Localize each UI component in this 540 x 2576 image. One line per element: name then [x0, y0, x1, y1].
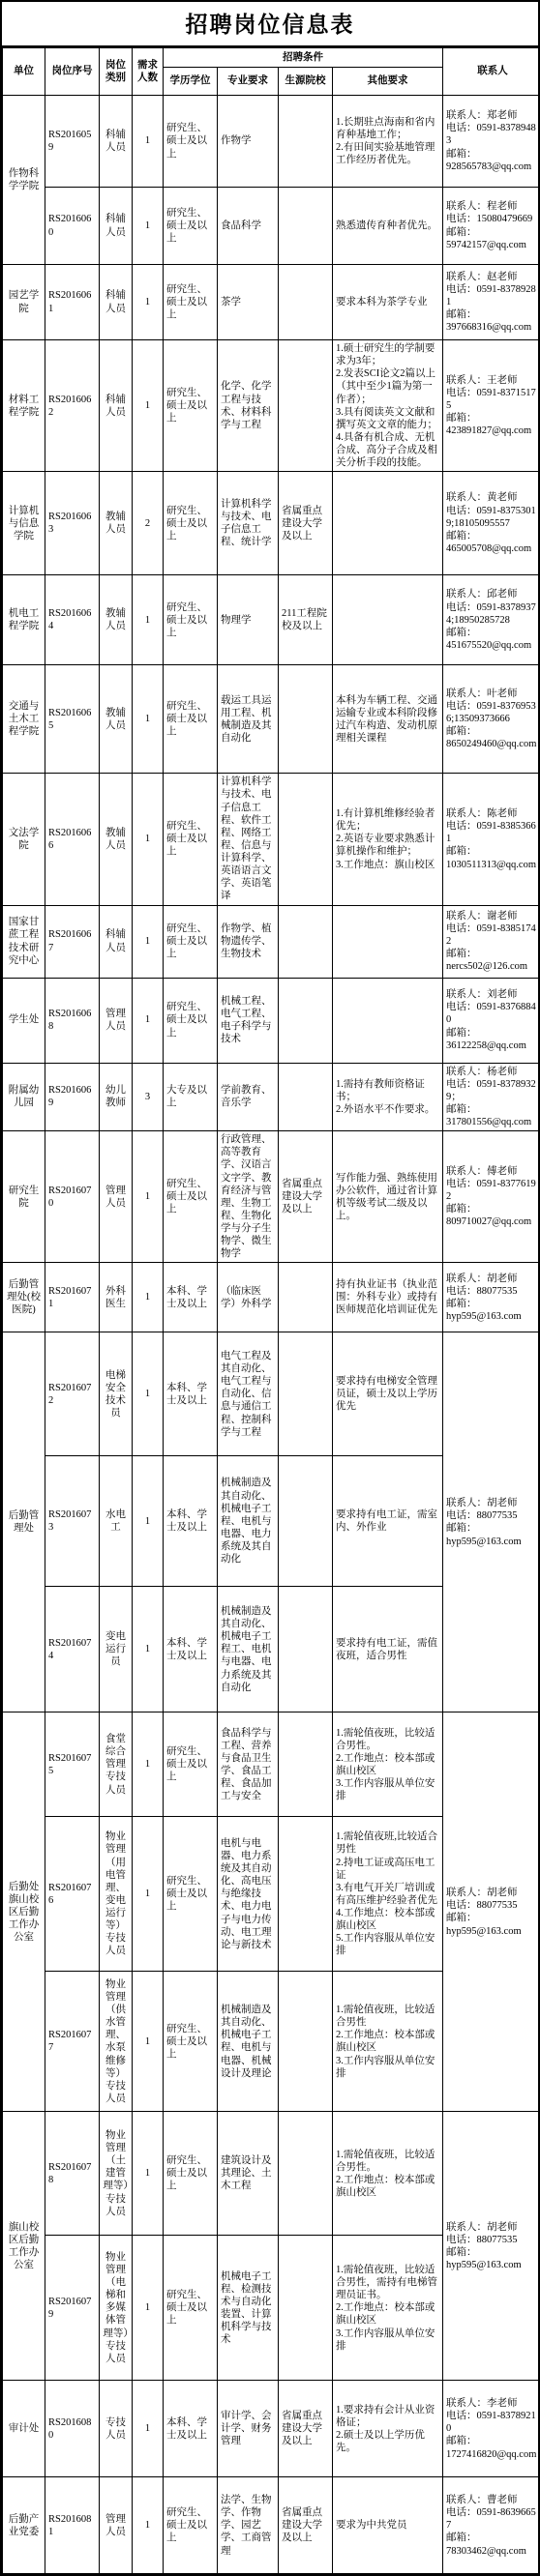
unit-cell: 后勤管理处: [3, 1332, 45, 1712]
education-cell: 本科、学士及以上: [164, 1587, 218, 1712]
unit-cell: 后勤产业党委: [3, 2477, 45, 2574]
contact-cell: 联系人：王老师 电话：0591-83715175 邮箱： 423891827@q…: [443, 340, 540, 472]
education-cell: 研究生、硕士及以上: [164, 978, 218, 1063]
job-no-cell: RS2016065: [45, 665, 100, 774]
table-row: 园艺学院RS2016061科辅人员1研究生、硕士及以上茶学要求本科为茶学专业联系…: [3, 265, 540, 340]
table-row: 后勤管理处RS2016072电梯安全技术员1本科、学士及以上电气工程及其自动化、…: [3, 1332, 540, 1456]
job-type-cell: 专技人员: [100, 2381, 133, 2477]
education-cell: 研究生、硕士及以上: [164, 575, 218, 665]
education-cell: 研究生、硕士及以上: [164, 2236, 218, 2381]
major-cell: （临床医学）外科学: [218, 1263, 279, 1332]
major-cell: 行政管理、高等教育学、汉语言文字学、教育经济与管理、生物工程、生物化学与分子生物…: [218, 1131, 279, 1263]
header-conditions: 招聘条件: [164, 48, 443, 68]
job-no-cell: RS2016069: [45, 1063, 100, 1131]
headcount-cell: 1: [133, 2477, 164, 2574]
school-cell: [279, 1456, 333, 1587]
job-no-cell: RS2016060: [45, 188, 100, 265]
headcount-cell: 1: [133, 1131, 164, 1263]
job-type-cell: 管理人员: [100, 978, 133, 1063]
major-cell: 物理学: [218, 575, 279, 665]
major-cell: 机械制造及其自动化、机械电子工程工、电机与电器、电力系统及其自动化: [218, 1587, 279, 1712]
other-requirements-cell: [333, 472, 443, 575]
other-requirements-cell: 1.需轮值夜班,比较适合男性 2.持电工证或高压电工证 3.有电气开关厂培训或有…: [333, 1817, 443, 1972]
job-type-cell: 物业管理（土建管理等）专技人员: [100, 2112, 133, 2236]
headcount-cell: 1: [133, 1712, 164, 1817]
education-cell: 研究生、硕士及以上: [164, 472, 218, 575]
headcount-cell: 1: [133, 905, 164, 978]
headcount-cell: 1: [133, 1456, 164, 1587]
job-type-cell: 物业管理（用电管理、变电运行等）专技人员: [100, 1817, 133, 1972]
job-type-cell: 科辅人员: [100, 96, 133, 188]
table-row: 作物科学学院RS2016059科辅人员1研究生、硕士及以上作物学1.长期驻点海南…: [3, 96, 540, 188]
contact-cell: 联系人：赵老师 电话：0591-83789281 邮箱： 397668316@q…: [443, 265, 540, 340]
unit-cell: 材料工程学院: [3, 340, 45, 472]
job-no-cell: RS2016078: [45, 2112, 100, 2236]
education-cell: 研究生、硕士及以上: [164, 1817, 218, 1972]
job-no-cell: RS2016075: [45, 1712, 100, 1817]
job-no-cell: RS2016077: [45, 1972, 100, 2112]
table-row: 国家甘蔗工程技术研究中心RS2016067科辅人员1研究生、硕士及以上作物学、植…: [3, 905, 540, 978]
school-cell: 省属重点建设大学及以上: [279, 2381, 333, 2477]
header-job-no: 岗位序号: [45, 48, 100, 96]
job-no-cell: RS2016079: [45, 2236, 100, 2381]
contact-cell: 联系人：程老师 电话：15080479669 邮箱： 59742157@qq.c…: [443, 188, 540, 265]
job-type-cell: 电梯安全技术员: [100, 1332, 133, 1456]
school-cell: [279, 1063, 333, 1131]
job-table: 单位 岗位序号 岗位类别 需求人数 招聘条件 联系人 学历学位 专业要求 生源院…: [2, 47, 540, 2574]
job-type-cell: 教辅人员: [100, 575, 133, 665]
school-cell: [279, 188, 333, 265]
education-cell: 研究生、硕士及以上: [164, 340, 218, 472]
headcount-cell: 1: [133, 2236, 164, 2381]
headcount-cell: 1: [133, 188, 164, 265]
table-row: 审计处RS2016080专技人员1本科、学士及以上审计学、会计学、财务管理省属重…: [3, 2381, 540, 2477]
school-cell: 省属重点建设大学及以上: [279, 2477, 333, 2574]
major-cell: 机械制造及其自动化、机械电子工程、电机与电器、机械设计及理论: [218, 1972, 279, 2112]
major-cell: 机械工程、电气工程、电子科学与技术: [218, 978, 279, 1063]
header-unit: 单位: [3, 48, 45, 96]
contact-cell: 联系人：胡老师 电话：88077535 邮箱： hyp595@163.com: [443, 1712, 540, 2112]
job-type-cell: 科辅人员: [100, 188, 133, 265]
headcount-cell: 2: [133, 472, 164, 575]
school-cell: [279, 1712, 333, 1817]
header-school: 生源院校: [279, 68, 333, 96]
job-type-cell: 外科医生: [100, 1263, 133, 1332]
table-row: 后勤产业党委RS2016081管理人员1研究生、硕士及以上法学、生物学、作物学、…: [3, 2477, 540, 2574]
job-type-cell: 科辅人员: [100, 265, 133, 340]
school-cell: [279, 265, 333, 340]
education-cell: 研究生、硕士及以上: [164, 905, 218, 978]
school-cell: [279, 1332, 333, 1456]
header-major: 专业要求: [218, 68, 279, 96]
education-cell: 研究生、硕士及以上: [164, 665, 218, 774]
unit-cell: 后勤处旗山校区后勤工作办公室: [3, 1712, 45, 2112]
job-no-cell: RS2016061: [45, 265, 100, 340]
table-row: RS2016060科辅人员1研究生、硕士及以上食品科学熟悉遗传育种者优先。联系人…: [3, 188, 540, 265]
job-type-cell: 食堂综合管理专技人员: [100, 1712, 133, 1817]
education-cell: 本科、学士及以上: [164, 2381, 218, 2477]
table-row: 机电工程学院RS2016064教辅人员1研究生、硕士及以上物理学211工程院校及…: [3, 575, 540, 665]
headcount-cell: 1: [133, 1587, 164, 1712]
contact-cell: 联系人：李老师 电话：0591-83789210 邮箱： 1727416820@…: [443, 2381, 540, 2477]
job-type-cell: 管理人员: [100, 1131, 133, 1263]
header-headcount: 需求人数: [133, 48, 164, 96]
table-row: 研究生院RS2016070管理人员1研究生、硕士及以上行政管理、高等教育学、汉语…: [3, 1131, 540, 1263]
job-no-cell: RS2016080: [45, 2381, 100, 2477]
table-row: 计算机与信息学院RS2016063教辅人员2研究生、硕士及以上计算机科学与技术、…: [3, 472, 540, 575]
job-type-cell: 管理人员: [100, 2477, 133, 2574]
job-no-cell: RS2016067: [45, 905, 100, 978]
job-no-cell: RS2016066: [45, 774, 100, 905]
major-cell: 审计学、会计学、财务管理: [218, 2381, 279, 2477]
other-requirements-cell: 1.需持有教师资格证书； 2.外语水平不作要求。: [333, 1063, 443, 1131]
job-no-cell: RS2016076: [45, 1817, 100, 1972]
contact-cell: 联系人：曹老师 电话：0591-86396657 邮箱： 78303462@qq…: [443, 2477, 540, 2574]
major-cell: 电气工程及其自动化、电气工程与自动化、信息与通信工程、控制科学与工程: [218, 1332, 279, 1456]
school-cell: [279, 340, 333, 472]
job-no-cell: RS2016073: [45, 1456, 100, 1587]
headcount-cell: 1: [133, 1332, 164, 1456]
headcount-cell: 1: [133, 575, 164, 665]
recruitment-sheet: 招聘岗位信息表 单位 岗位序号 岗位类别 需求人数 招聘条件 联系人 学历学位 …: [0, 0, 540, 2576]
job-no-cell: RS2016074: [45, 1587, 100, 1712]
job-no-cell: RS2016068: [45, 978, 100, 1063]
other-requirements-cell: 要求持有电工证，需值夜班，适合男性: [333, 1587, 443, 1712]
job-table-body: 作物科学学院RS2016059科辅人员1研究生、硕士及以上作物学1.长期驻点海南…: [3, 96, 540, 2574]
other-requirements-cell: 1.需轮值夜班，比较适合男性。 2.工作地点：校本部或旗山校区 3.工作内容服从…: [333, 1712, 443, 1817]
contact-cell: 联系人：傅老师 电话：0591-83776192 邮箱： 809710027@q…: [443, 1131, 540, 1263]
unit-cell: 旗山校区后勤工作办公室: [3, 2112, 45, 2381]
job-no-cell: RS2016063: [45, 472, 100, 575]
school-cell: [279, 1263, 333, 1332]
job-type-cell: 物业管理（电梯和多媒体管理等）专技人员: [100, 2236, 133, 2381]
job-no-cell: RS2016071: [45, 1263, 100, 1332]
contact-cell: 联系人：杨老师 电话：0591-83789329； 邮箱： 317801556@…: [443, 1063, 540, 1131]
major-cell: 食品科学与工程、营养与食品卫生学、食品工程、食品加工与安全: [218, 1712, 279, 1817]
contact-cell: 联系人：黄老师 电话：0591-83753019;18105095557 邮箱：…: [443, 472, 540, 575]
page-title: 招聘岗位信息表: [2, 2, 538, 47]
job-no-cell: RS2016081: [45, 2477, 100, 2574]
school-cell: [279, 96, 333, 188]
other-requirements-cell: [333, 978, 443, 1063]
unit-cell: 审计处: [3, 2381, 45, 2477]
school-cell: [279, 2112, 333, 2236]
other-requirements-cell: 要求持有电梯安全管理员证，硕士及以上学历优先: [333, 1332, 443, 1456]
headcount-cell: 1: [133, 1817, 164, 1972]
job-type-cell: 变电运行员: [100, 1587, 133, 1712]
other-requirements-cell: 1.硕士研究生的学制要求为3年； 2.发表SCI论文2篇以上（其中至少1篇为第一…: [333, 340, 443, 472]
contact-cell: 联系人：胡老师 电话：88077535 邮箱： hyp595@163.com: [443, 1263, 540, 1332]
other-requirements-cell: 1.需轮值夜班，比较适合男性，需持有电梯管理员证书。 2.工作地点：校本部或旗山…: [333, 2236, 443, 2381]
job-no-cell: RS2016070: [45, 1131, 100, 1263]
contact-cell: 联系人：谢老师 电话：0591-83851742 邮箱： nercs502@12…: [443, 905, 540, 978]
school-cell: 省属重点建设大学及以上: [279, 472, 333, 575]
headcount-cell: 1: [133, 1263, 164, 1332]
job-type-cell: 幼儿教师: [100, 1063, 133, 1131]
job-no-cell: RS2016072: [45, 1332, 100, 1456]
job-type-cell: 教辅人员: [100, 472, 133, 575]
headcount-cell: 1: [133, 340, 164, 472]
unit-cell: 后勤管理处(校医院): [3, 1263, 45, 1332]
headcount-cell: 1: [133, 774, 164, 905]
major-cell: 建筑设计及其理论、土木工程: [218, 2112, 279, 2236]
table-row: 材料工程学院RS2016062科辅人员1研究生、硕士及以上化学、化学工程与技术、…: [3, 340, 540, 472]
major-cell: 化学、化学工程与技术、材料科学与工程: [218, 340, 279, 472]
other-requirements-cell: [333, 905, 443, 978]
other-requirements-cell: 1.长期驻点海南和省内育种基地工作； 2.有田间实验基地管理工作经历者优先。: [333, 96, 443, 188]
education-cell: 研究生、硕士及以上: [164, 1972, 218, 2112]
education-cell: 研究生、硕士及以上: [164, 2477, 218, 2574]
education-cell: 本科、学士及以上: [164, 1263, 218, 1332]
major-cell: 计算机科学与技术、电子信息工程、统计学: [218, 472, 279, 575]
contact-cell: 联系人：胡老师 电话：88077535 邮箱： hyp595@163.com: [443, 1332, 540, 1712]
job-table-header: 单位 岗位序号 岗位类别 需求人数 招聘条件 联系人 学历学位 专业要求 生源院…: [3, 48, 540, 96]
other-requirements-cell: 1.有计算机维修经验者优先； 2.英语专业要求熟悉计算机操作和维护； 3.工作地…: [333, 774, 443, 905]
unit-cell: 机电工程学院: [3, 575, 45, 665]
job-no-cell: RS2016064: [45, 575, 100, 665]
other-requirements-cell: 1.要求持有会计从业资格证； 2.硕士及以上学历优先。: [333, 2381, 443, 2477]
major-cell: 机械电子工程、检测技术与自动化装置、计算机科学与技术: [218, 2236, 279, 2381]
school-cell: [279, 2236, 333, 2381]
education-cell: 大专及以上: [164, 1063, 218, 1131]
education-cell: 研究生、硕士及以上: [164, 265, 218, 340]
contact-cell: 联系人：郑老师 电话：0591-83789483 邮箱： 928565783@q…: [443, 96, 540, 188]
major-cell: 载运工具运用工程、机械制造及其自动化: [218, 665, 279, 774]
other-requirements-cell: 要求本科为茶学专业: [333, 265, 443, 340]
major-cell: 计算机科学与技术、电子信息工程、软件工程、网络工程、信息与计算科学、英语语言文学…: [218, 774, 279, 905]
school-cell: [279, 1587, 333, 1712]
header-other: 其他要求: [333, 68, 443, 96]
unit-cell: 研究生院: [3, 1131, 45, 1263]
major-cell: 机械制造及其自动化、机械电子工程、电机与电器、电力系统及其自动化: [218, 1456, 279, 1587]
header-job-type: 岗位类别: [100, 48, 133, 96]
unit-cell: 计算机与信息学院: [3, 472, 45, 575]
education-cell: 研究生、硕士及以上: [164, 774, 218, 905]
job-type-cell: 科辅人员: [100, 340, 133, 472]
major-cell: 法学、生物学、作物学、园艺学、工商管理: [218, 2477, 279, 2574]
other-requirements-cell: [333, 575, 443, 665]
school-cell: [279, 774, 333, 905]
major-cell: 作物学、植物遗传学、生物技术: [218, 905, 279, 978]
job-no-cell: RS2016059: [45, 96, 100, 188]
table-row: 附属幼儿园RS2016069幼儿教师3大专及以上学前教育、音乐学1.需持有教师资…: [3, 1063, 540, 1131]
contact-cell: 联系人：陈老师 电话：0591-83853661 邮箱： 1030511313@…: [443, 774, 540, 905]
education-cell: 研究生、硕士及以上: [164, 1131, 218, 1263]
contact-cell: 联系人：邱老师 电话：0591-83789374;18950285728 邮箱：…: [443, 575, 540, 665]
header-education: 学历学位: [164, 68, 218, 96]
other-requirements-cell: 1.需轮值夜班，比较适合男性。 2.工作地点：校本部或旗山校区: [333, 2112, 443, 2236]
job-no-cell: RS2016062: [45, 340, 100, 472]
other-requirements-cell: 写作能力强、熟练使用办公软件，通过省计算机等级考试二级及以上。: [333, 1131, 443, 1263]
headcount-cell: 1: [133, 2381, 164, 2477]
headcount-cell: 1: [133, 665, 164, 774]
unit-cell: 学生处: [3, 978, 45, 1063]
contact-cell: 联系人：刘老师 电话：0591-83768840 邮箱： 36122258@qq…: [443, 978, 540, 1063]
school-cell: [279, 1817, 333, 1972]
school-cell: [279, 665, 333, 774]
table-row: 学生处RS2016068管理人员1研究生、硕士及以上机械工程、电气工程、电子科学…: [3, 978, 540, 1063]
header-contact: 联系人: [443, 48, 540, 96]
unit-cell: 文法学院: [3, 774, 45, 905]
major-cell: 电机与电器、电力系统及其自动化、高电压与绝缘技术、电力电子与电力传动、电工理论与…: [218, 1817, 279, 1972]
headcount-cell: 1: [133, 96, 164, 188]
school-cell: 211工程院校及以上: [279, 575, 333, 665]
unit-cell: 园艺学院: [3, 265, 45, 340]
unit-cell: 交通与土木工程学院: [3, 665, 45, 774]
major-cell: 学前教育、音乐学: [218, 1063, 279, 1131]
unit-cell: 附属幼儿园: [3, 1063, 45, 1131]
other-requirements-cell: 要求为中共党员: [333, 2477, 443, 2574]
job-type-cell: 教辅人员: [100, 774, 133, 905]
other-requirements-cell: 熟悉遗传育种者优先。: [333, 188, 443, 265]
unit-cell: 作物科学学院: [3, 96, 45, 265]
unit-cell: 国家甘蔗工程技术研究中心: [3, 905, 45, 978]
headcount-cell: 3: [133, 1063, 164, 1131]
table-row: 文法学院RS2016066教辅人员1研究生、硕士及以上计算机科学与技术、电子信息…: [3, 774, 540, 905]
other-requirements-cell: 本科为车辆工程、交通运输专业或本科阶段修过汽车构造、发动机原理相关课程: [333, 665, 443, 774]
table-row: 后勤管理处(校医院)RS2016071外科医生1本科、学士及以上（临床医学）外科…: [3, 1263, 540, 1332]
school-cell: [279, 978, 333, 1063]
job-type-cell: 水电工: [100, 1456, 133, 1587]
major-cell: 茶学: [218, 265, 279, 340]
education-cell: 研究生、硕士及以上: [164, 2112, 218, 2236]
header-row-1: 单位 岗位序号 岗位类别 需求人数 招聘条件 联系人: [3, 48, 540, 68]
other-requirements-cell: 持有执业证书（执业范围：外科专业）或持有医师规范化培训证优先: [333, 1263, 443, 1332]
job-type-cell: 科辅人员: [100, 905, 133, 978]
table-row: 交通与土木工程学院RS2016065教辅人员1研究生、硕士及以上载运工具运用工程…: [3, 665, 540, 774]
education-cell: 研究生、硕士及以上: [164, 96, 218, 188]
contact-cell: 联系人：叶老师 电话：0591-83769536;13509373666 邮箱：…: [443, 665, 540, 774]
contact-cell: 联系人：胡老师 电话：88077535 邮箱： hyp595@163.com: [443, 2112, 540, 2381]
education-cell: 研究生、硕士及以上: [164, 1712, 218, 1817]
school-cell: 省属重点建设大学及以上: [279, 1131, 333, 1263]
table-row: 旗山校区后勤工作办公室RS2016078物业管理（土建管理等）专技人员1研究生、…: [3, 2112, 540, 2236]
table-row: 后勤处旗山校区后勤工作办公室RS2016075食堂综合管理专技人员1研究生、硕士…: [3, 1712, 540, 1817]
other-requirements-cell: 要求持有电工证，需室内、外作业: [333, 1456, 443, 1587]
major-cell: 食品科学: [218, 188, 279, 265]
job-type-cell: 教辅人员: [100, 665, 133, 774]
job-type-cell: 物业管理（供水管理、水泵维修等）专技人员: [100, 1972, 133, 2112]
education-cell: 本科、学士及以上: [164, 1456, 218, 1587]
school-cell: [279, 905, 333, 978]
school-cell: [279, 1972, 333, 2112]
education-cell: 研究生、硕士及以上: [164, 188, 218, 265]
headcount-cell: 1: [133, 265, 164, 340]
headcount-cell: 1: [133, 2112, 164, 2236]
headcount-cell: 1: [133, 978, 164, 1063]
other-requirements-cell: 1.需轮值夜班，比较适合男性 2.工作地点：校本部或旗山校区 3.工作内容服从单…: [333, 1972, 443, 2112]
headcount-cell: 1: [133, 1972, 164, 2112]
education-cell: 本科、学士及以上: [164, 1332, 218, 1456]
major-cell: 作物学: [218, 96, 279, 188]
